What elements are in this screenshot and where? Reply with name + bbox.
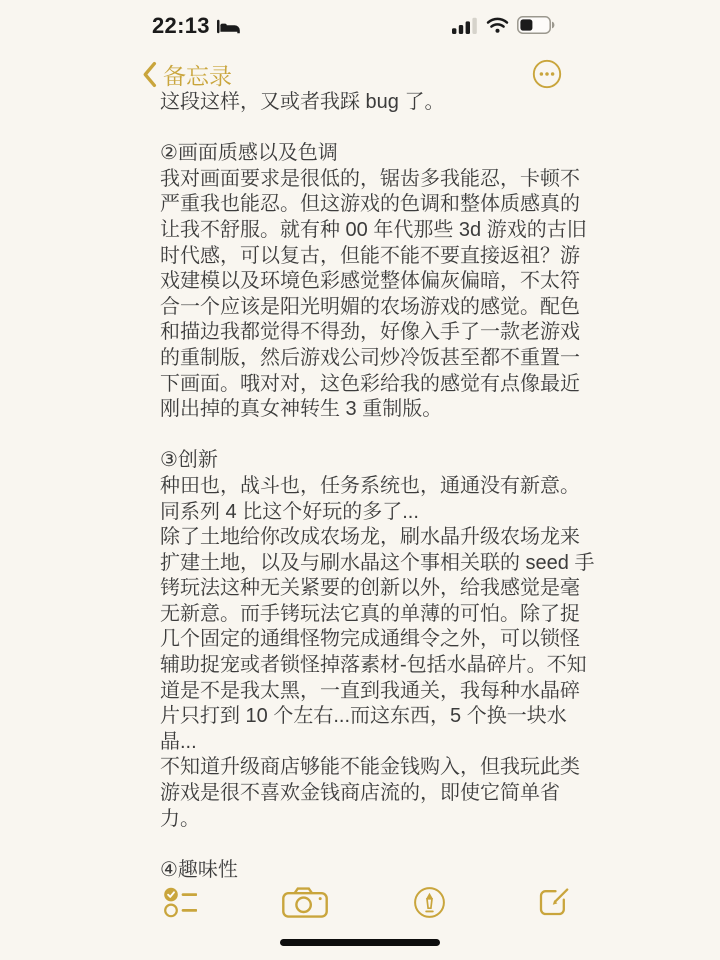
status-bar-left: 22:13	[152, 13, 240, 39]
checklist-icon	[163, 887, 197, 918]
cellular-signal-icon	[452, 17, 478, 34]
notes-toolbar	[157, 884, 577, 920]
clock-time: 22:13	[152, 13, 210, 39]
note-paragraph: 这段这样，又或者我踩 bug 了。	[160, 90, 612, 116]
note-paragraph: ③创新 种田也，战斗也，任务系统也，通通没有新意。 同系列 4 比这个好玩的多了…	[160, 448, 612, 832]
chevron-left-icon	[142, 61, 157, 88]
back-button[interactable]: 备忘录	[142, 58, 232, 91]
back-button-label: 备忘录	[163, 58, 232, 91]
home-indicator[interactable]	[280, 939, 440, 946]
status-bar-right	[452, 16, 555, 34]
battery-icon	[517, 16, 555, 34]
compose-button[interactable]	[531, 884, 577, 920]
compose-icon	[536, 886, 571, 919]
note-text-area[interactable]: 这段这样，又或者我踩 bug 了。②画面质感以及色调 我对画面要求是很低的，锯齿…	[160, 90, 612, 909]
camera-button[interactable]	[282, 884, 328, 920]
note-paragraph: ②画面质感以及色调 我对画面要求是很低的，锯齿多我能忍，卡顿不 严重我也能忍。但…	[160, 141, 612, 423]
more-options-button[interactable]	[532, 59, 562, 89]
markup-pen-icon	[413, 886, 446, 919]
note-paragraph: ④趣味性	[160, 858, 612, 884]
wifi-icon	[486, 17, 509, 34]
camera-icon	[282, 887, 328, 918]
markup-button[interactable]	[406, 884, 452, 920]
bed-icon	[217, 19, 240, 34]
checklist-button[interactable]	[157, 884, 203, 920]
